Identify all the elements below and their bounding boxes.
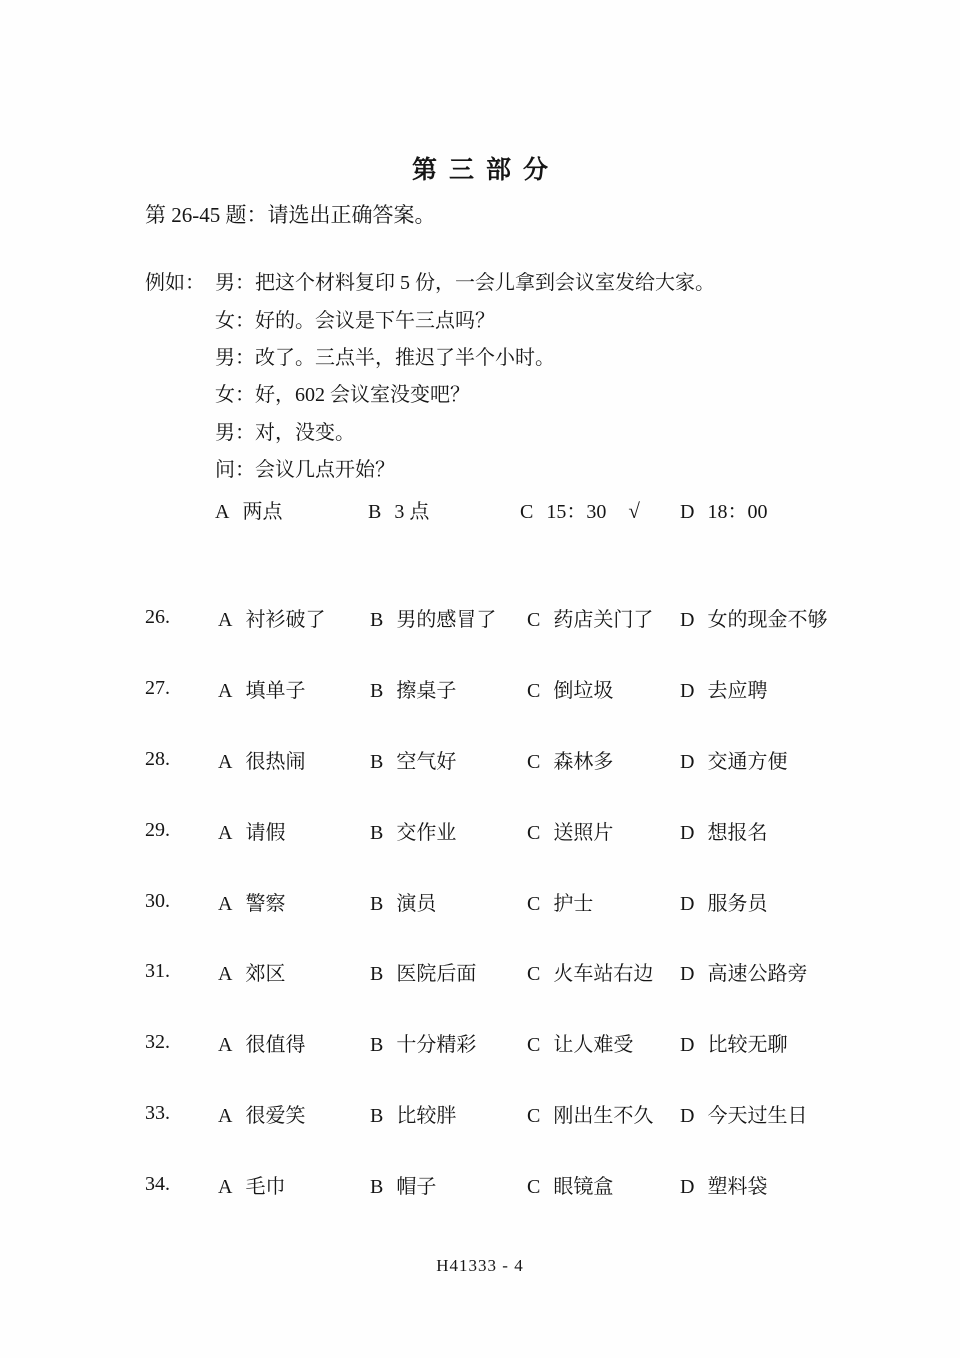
- option-a: A毛巾: [218, 1170, 370, 1199]
- option-letter: D: [680, 1105, 694, 1128]
- option-a: A请假: [218, 816, 370, 845]
- option-letter: D: [680, 1034, 694, 1057]
- question-row-27: 27. A填单子 B擦桌子 C倒垃圾 D去应聘: [145, 653, 865, 724]
- option-letter: A: [218, 751, 232, 774]
- option-text: 毛巾: [245, 1176, 285, 1198]
- option-letter: B: [368, 501, 381, 524]
- option-d: D女的现金不够: [680, 603, 865, 632]
- option-d: D高速公路旁: [680, 957, 865, 986]
- question-number: 34.: [145, 1173, 218, 1196]
- option-text: 刚出生不久: [553, 1105, 653, 1127]
- question-number: 26.: [145, 606, 218, 629]
- option-text: 十分精彩: [396, 1034, 476, 1056]
- option-text: 衬衫破了: [245, 609, 325, 631]
- option-letter: A: [218, 1105, 232, 1128]
- option-letter: C: [520, 501, 533, 524]
- dialogue-text: 对，没变。: [255, 416, 355, 445]
- option-letter: D: [680, 893, 694, 916]
- option-c: C护士: [527, 887, 680, 916]
- option-c: C眼镜盒: [527, 1170, 680, 1199]
- option-text: 擦桌子: [396, 680, 456, 702]
- option-b: B帽子: [370, 1170, 527, 1199]
- question-number: 28.: [145, 748, 218, 771]
- option-text: 森林多: [553, 751, 613, 773]
- option-text: 护士: [553, 893, 593, 915]
- option-text: 交通方便: [707, 751, 787, 773]
- option-letter: C: [527, 1034, 540, 1057]
- option-b: B男的感冒了: [370, 603, 527, 632]
- question-row-33: 33. A很爱笑 B比较胖 C刚出生不久 D今天过生日: [145, 1078, 865, 1149]
- option-text: 让人难受: [553, 1034, 633, 1056]
- speaker-label: 男：: [215, 341, 255, 370]
- option-c: C火车站右边: [527, 957, 680, 986]
- option-text: 想报名: [707, 822, 767, 844]
- option-text: 很爱笑: [245, 1105, 305, 1127]
- option-text: 交作业: [396, 822, 456, 844]
- option-a: A衬衫破了: [218, 603, 370, 632]
- speaker-label: 男：: [215, 416, 255, 445]
- option-letter: C: [527, 822, 540, 845]
- example-option-c: C15：30√: [520, 495, 680, 524]
- option-letter: A: [218, 1176, 232, 1199]
- option-letter: B: [370, 1176, 383, 1199]
- option-text: 警察: [245, 893, 285, 915]
- option-text: 空气好: [396, 751, 456, 773]
- page-footer: H41333 - 4: [0, 1256, 960, 1276]
- option-letter: D: [680, 501, 694, 524]
- option-c: C刚出生不久: [527, 1099, 680, 1128]
- example-question-line: 问： 会议几点开始？: [145, 449, 715, 486]
- option-text: 去应聘: [707, 680, 767, 702]
- example-dialogue-line: 例如： 男： 把这个材料复印 5 份，一会儿拿到会议室发给大家。: [145, 262, 715, 299]
- option-letter: B: [370, 1105, 383, 1128]
- dialogue-text: 好的。会议是下午三点吗？: [255, 304, 495, 333]
- option-letter: B: [370, 680, 383, 703]
- example-label: 例如：: [145, 266, 215, 295]
- option-text: 女的现金不够: [707, 609, 827, 631]
- option-text: 郊区: [245, 963, 285, 985]
- option-a: A很值得: [218, 1028, 370, 1057]
- option-letter: D: [680, 609, 694, 632]
- question-number: 30.: [145, 890, 218, 913]
- instruction-text: 第 26-45 题：请选出正确答案。: [145, 199, 436, 229]
- option-text: 很热闹: [245, 751, 305, 773]
- option-letter: D: [680, 680, 694, 703]
- option-letter: C: [527, 751, 540, 774]
- example-option-b: B3 点: [368, 495, 520, 524]
- option-text: 服务员: [707, 893, 767, 915]
- option-text: 比较无聊: [707, 1034, 787, 1056]
- option-text: 塑料袋: [707, 1176, 767, 1198]
- option-letter: A: [218, 822, 232, 845]
- option-letter: B: [370, 963, 383, 986]
- option-text: 高速公路旁: [707, 963, 807, 985]
- dialogue-text: 把这个材料复印 5 份，一会儿拿到会议室发给大家。: [255, 266, 715, 295]
- question-number: 33.: [145, 1102, 218, 1125]
- option-d: D比较无聊: [680, 1028, 865, 1057]
- option-letter: B: [370, 1034, 383, 1057]
- option-letter: A: [218, 963, 232, 986]
- option-text: 18：00: [707, 501, 767, 523]
- option-c: C倒垃圾: [527, 674, 680, 703]
- option-a: A很爱笑: [218, 1099, 370, 1128]
- option-b: B十分精彩: [370, 1028, 527, 1057]
- option-text: 今天过生日: [707, 1105, 807, 1127]
- option-text: 很值得: [245, 1034, 305, 1056]
- option-text: 帽子: [396, 1176, 436, 1198]
- option-text: 3 点: [394, 501, 429, 523]
- question-row-29: 29. A请假 B交作业 C送照片 D想报名: [145, 795, 865, 866]
- questions-list: 26. A衬衫破了 B男的感冒了 C药店关门了 D女的现金不够 27. A填单子…: [145, 582, 865, 1220]
- option-letter: C: [527, 963, 540, 986]
- option-letter: C: [527, 1105, 540, 1128]
- option-letter: D: [680, 751, 694, 774]
- option-a: A警察: [218, 887, 370, 916]
- option-letter: A: [218, 1034, 232, 1057]
- option-c: C送照片: [527, 816, 680, 845]
- question-row-31: 31. A郊区 B医院后面 C火车站右边 D高速公路旁: [145, 936, 865, 1007]
- speaker-label: 男：: [215, 266, 255, 295]
- section-title: 第三部分: [0, 150, 960, 186]
- example-dialogue-line: 男： 改了。三点半，推迟了半个小时。: [145, 337, 715, 374]
- option-text: 眼镜盒: [553, 1176, 613, 1198]
- option-a: A很热闹: [218, 745, 370, 774]
- dialogue-text: 会议几点开始？: [255, 453, 395, 482]
- question-number: 27.: [145, 677, 218, 700]
- option-letter: D: [680, 822, 694, 845]
- option-b: B交作业: [370, 816, 527, 845]
- option-text: 送照片: [553, 822, 613, 844]
- example-dialogue-line: 男： 对，没变。: [145, 412, 715, 449]
- option-letter: B: [370, 751, 383, 774]
- option-letter: B: [370, 822, 383, 845]
- option-text: 请假: [245, 822, 285, 844]
- option-letter: A: [215, 501, 229, 524]
- option-c: C让人难受: [527, 1028, 680, 1057]
- option-d: D去应聘: [680, 674, 865, 703]
- option-letter: A: [218, 680, 232, 703]
- option-text: 填单子: [245, 680, 305, 702]
- question-row-28: 28. A很热闹 B空气好 C森林多 D交通方便: [145, 724, 865, 795]
- option-d: D想报名: [680, 816, 865, 845]
- option-c: C药店关门了: [527, 603, 680, 632]
- option-text: 药店关门了: [553, 609, 653, 631]
- correct-answer-checkmark: √: [628, 499, 640, 524]
- example-dialogue-line: 女： 好，602 会议室没变吧？: [145, 374, 715, 411]
- option-text: 火车站右边: [553, 963, 653, 985]
- example-option-a: A两点: [215, 495, 368, 524]
- option-letter: B: [370, 609, 383, 632]
- option-b: B空气好: [370, 745, 527, 774]
- option-text: 倒垃圾: [553, 680, 613, 702]
- question-number: 32.: [145, 1031, 218, 1054]
- option-b: B演员: [370, 887, 527, 916]
- option-c: C森林多: [527, 745, 680, 774]
- option-text: 演员: [396, 893, 436, 915]
- question-row-26: 26. A衬衫破了 B男的感冒了 C药店关门了 D女的现金不够: [145, 582, 865, 653]
- option-a: A郊区: [218, 957, 370, 986]
- option-text: 比较胖: [396, 1105, 456, 1127]
- option-b: B医院后面: [370, 957, 527, 986]
- example-block: 例如： 男： 把这个材料复印 5 份，一会儿拿到会议室发给大家。 女： 好的。会…: [145, 262, 715, 486]
- question-number: 29.: [145, 819, 218, 842]
- speaker-label: 女：: [215, 378, 255, 407]
- dialogue-text: 好，602 会议室没变吧？: [255, 378, 470, 407]
- option-letter: D: [680, 963, 694, 986]
- option-d: D服务员: [680, 887, 865, 916]
- option-letter: C: [527, 680, 540, 703]
- speaker-label: 问：: [215, 453, 255, 482]
- question-row-32: 32. A很值得 B十分精彩 C让人难受 D比较无聊: [145, 1007, 865, 1078]
- option-text: 15：30: [546, 501, 606, 523]
- option-letter: C: [527, 1176, 540, 1199]
- example-option-d: D18：00: [680, 495, 855, 524]
- option-b: B比较胖: [370, 1099, 527, 1128]
- option-text: 两点: [242, 501, 282, 523]
- question-row-34: 34. A毛巾 B帽子 C眼镜盒 D塑料袋: [145, 1149, 865, 1220]
- example-dialogue-line: 女： 好的。会议是下午三点吗？: [145, 299, 715, 336]
- option-d: D今天过生日: [680, 1099, 865, 1128]
- dialogue-text: 改了。三点半，推迟了半个小时。: [255, 341, 555, 370]
- option-d: D塑料袋: [680, 1170, 865, 1199]
- question-number: 31.: [145, 960, 218, 983]
- option-b: B擦桌子: [370, 674, 527, 703]
- option-a: A填单子: [218, 674, 370, 703]
- option-letter: D: [680, 1176, 694, 1199]
- option-d: D交通方便: [680, 745, 865, 774]
- option-letter: C: [527, 893, 540, 916]
- example-options-row: A两点 B3 点 C15：30√ D18：00: [215, 491, 855, 527]
- question-row-30: 30. A警察 B演员 C护士 D服务员: [145, 866, 865, 937]
- option-text: 男的感冒了: [396, 609, 496, 631]
- option-letter: A: [218, 609, 232, 632]
- option-text: 医院后面: [396, 963, 476, 985]
- option-letter: B: [370, 893, 383, 916]
- exam-page: 第三部分 第 26-45 题：请选出正确答案。 例如： 男： 把这个材料复印 5…: [0, 0, 960, 1358]
- option-letter: A: [218, 893, 232, 916]
- speaker-label: 女：: [215, 304, 255, 333]
- option-letter: C: [527, 609, 540, 632]
